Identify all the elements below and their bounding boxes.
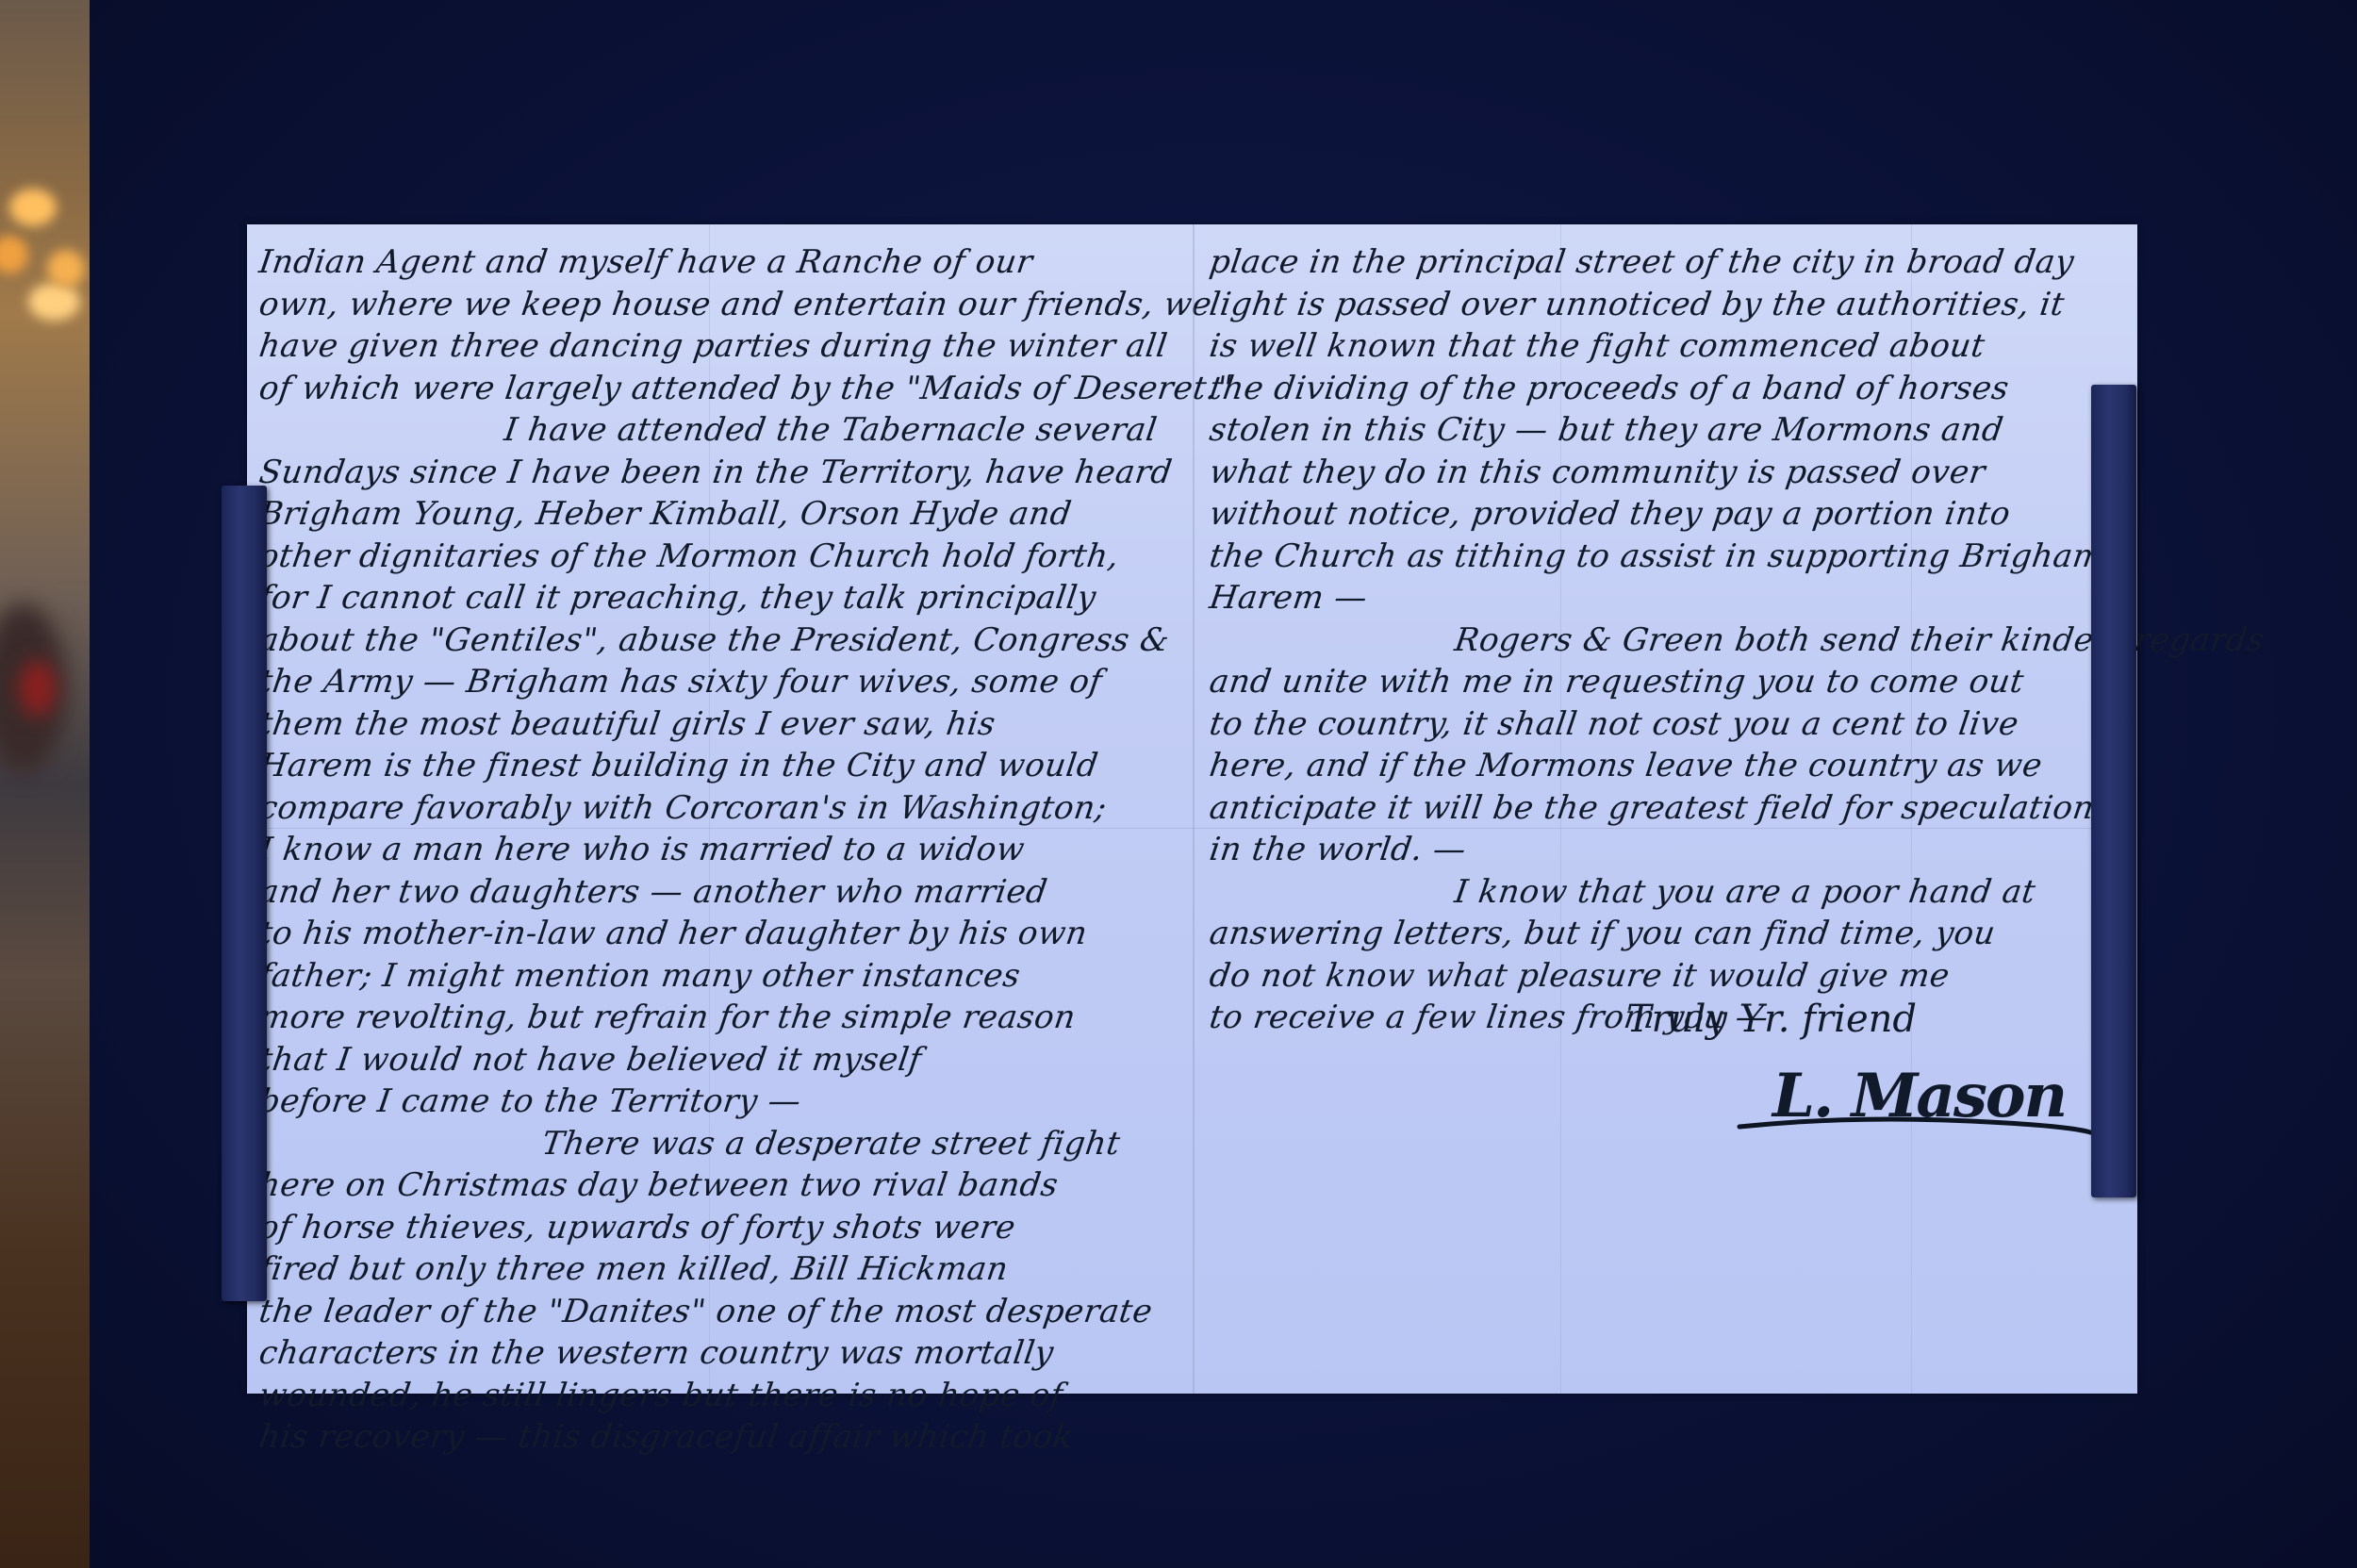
letter-line: compare favorably with Corcoran's in Was…: [256, 787, 1186, 830]
letter-line: wounded, he still lingers but there is n…: [256, 1375, 1186, 1417]
letter-line: stolen in this City — but they are Mormo…: [1207, 409, 2136, 452]
letter-line: them the most beautiful girls I ever saw…: [256, 703, 1186, 746]
letter-line: Rogers & Green both send their kindest r…: [1207, 619, 2136, 662]
letter-line: I have attended the Tabernacle several: [256, 409, 1186, 452]
letter-valediction: Truly Yr. friend: [1626, 998, 1917, 1041]
letter-line: Harem —: [1207, 577, 2136, 619]
letter-line: do not know what pleasure it would give …: [1207, 955, 2136, 998]
letter-line: Indian Agent and myself have a Ranche of…: [256, 241, 1186, 284]
letter-line: Harem is the finest building in the City…: [256, 745, 1186, 787]
letter-line: about the "Gentiles", abuse the Presiden…: [256, 619, 1186, 662]
letter-line: before I came to the Territory —: [256, 1081, 1186, 1123]
letter-line: Brigham Young, Heber Kimball, Orson Hyde…: [256, 493, 1186, 536]
letter-line: fired but only three men killed, Bill Hi…: [256, 1248, 1186, 1291]
letter-line: other dignitaries of the Mormon Church h…: [256, 536, 1186, 578]
letter-line: to his mother-in-law and her daughter by…: [256, 913, 1186, 955]
letter-right-page: place in the principal street of the cit…: [1207, 241, 2131, 1039]
blurred-person: [19, 660, 57, 717]
mounting-strip-left: [222, 486, 267, 1301]
letter-line: in the world. —: [1207, 829, 2136, 871]
blurred-background-room: [0, 0, 90, 1568]
letter-line: have given three dancing parties during …: [256, 325, 1186, 368]
letter-line: of which were largely attended by the "M…: [256, 368, 1186, 410]
letter-line: characters in the western country was mo…: [256, 1332, 1186, 1375]
letter-line: of horse thieves, upwards of forty shots…: [256, 1207, 1186, 1249]
letter-line: Sundays since I have been in the Territo…: [256, 452, 1186, 494]
letter-line: that I would not have believed it myself: [256, 1039, 1186, 1081]
letter-line: more revolting, but refrain for the simp…: [256, 997, 1186, 1039]
letter-line: the dividing of the proceeds of a band o…: [1207, 368, 2136, 410]
chandelier-light: [47, 250, 85, 288]
letter-line: here, and if the Mormons leave the count…: [1207, 745, 2136, 787]
letter-line: answering letters, but if you can find t…: [1207, 913, 2136, 955]
chandelier-light: [0, 236, 28, 273]
letter-line: the Army — Brigham has sixty four wives,…: [256, 661, 1186, 703]
letter-left-page: Indian Agent and myself have a Ranche of…: [256, 241, 1180, 1459]
letter-line: I know a man here who is married to a wi…: [256, 829, 1186, 871]
chandelier-light: [9, 189, 57, 226]
letter-line: own, where we keep house and entertain o…: [256, 284, 1186, 326]
letter-line: There was a desperate street fight: [256, 1123, 1186, 1165]
letter-line: the Church as tithing to assist in suppo…: [1207, 536, 2136, 578]
letter-line: light is passed over unnoticed by the au…: [1207, 284, 2136, 326]
mounting-strip-right: [2091, 385, 2136, 1197]
letter-line: father; I might mention many other insta…: [256, 955, 1186, 998]
letter-line: what they do in this community is passed…: [1207, 452, 2136, 494]
letter-line: and her two daughters — another who marr…: [256, 871, 1186, 914]
letter-line: his recovery — this disgraceful affair w…: [256, 1416, 1186, 1459]
letter-line: place in the principal street of the cit…: [1207, 241, 2136, 284]
letter-line: without notice, provided they pay a port…: [1207, 493, 2136, 536]
letter-line: I know that you are a poor hand at: [1207, 871, 2136, 914]
letter-line: to the country, it shall not cost you a …: [1207, 703, 2136, 746]
letter-line: anticipate it will be the greatest field…: [1207, 787, 2136, 830]
chandelier-light: [28, 283, 80, 321]
letter-sheet: Indian Agent and myself have a Ranche of…: [247, 224, 2137, 1394]
letter-line: is well known that the fight commenced a…: [1207, 325, 2136, 368]
signature-flourish-icon: [1735, 1108, 2102, 1146]
letter-line: and unite with me in requesting you to c…: [1207, 661, 2136, 703]
letter-line: for I cannot call it preaching, they tal…: [256, 577, 1186, 619]
letter-line: here on Christmas day between two rival …: [256, 1164, 1186, 1207]
letter-line: the leader of the "Danites" one of the m…: [256, 1291, 1186, 1333]
